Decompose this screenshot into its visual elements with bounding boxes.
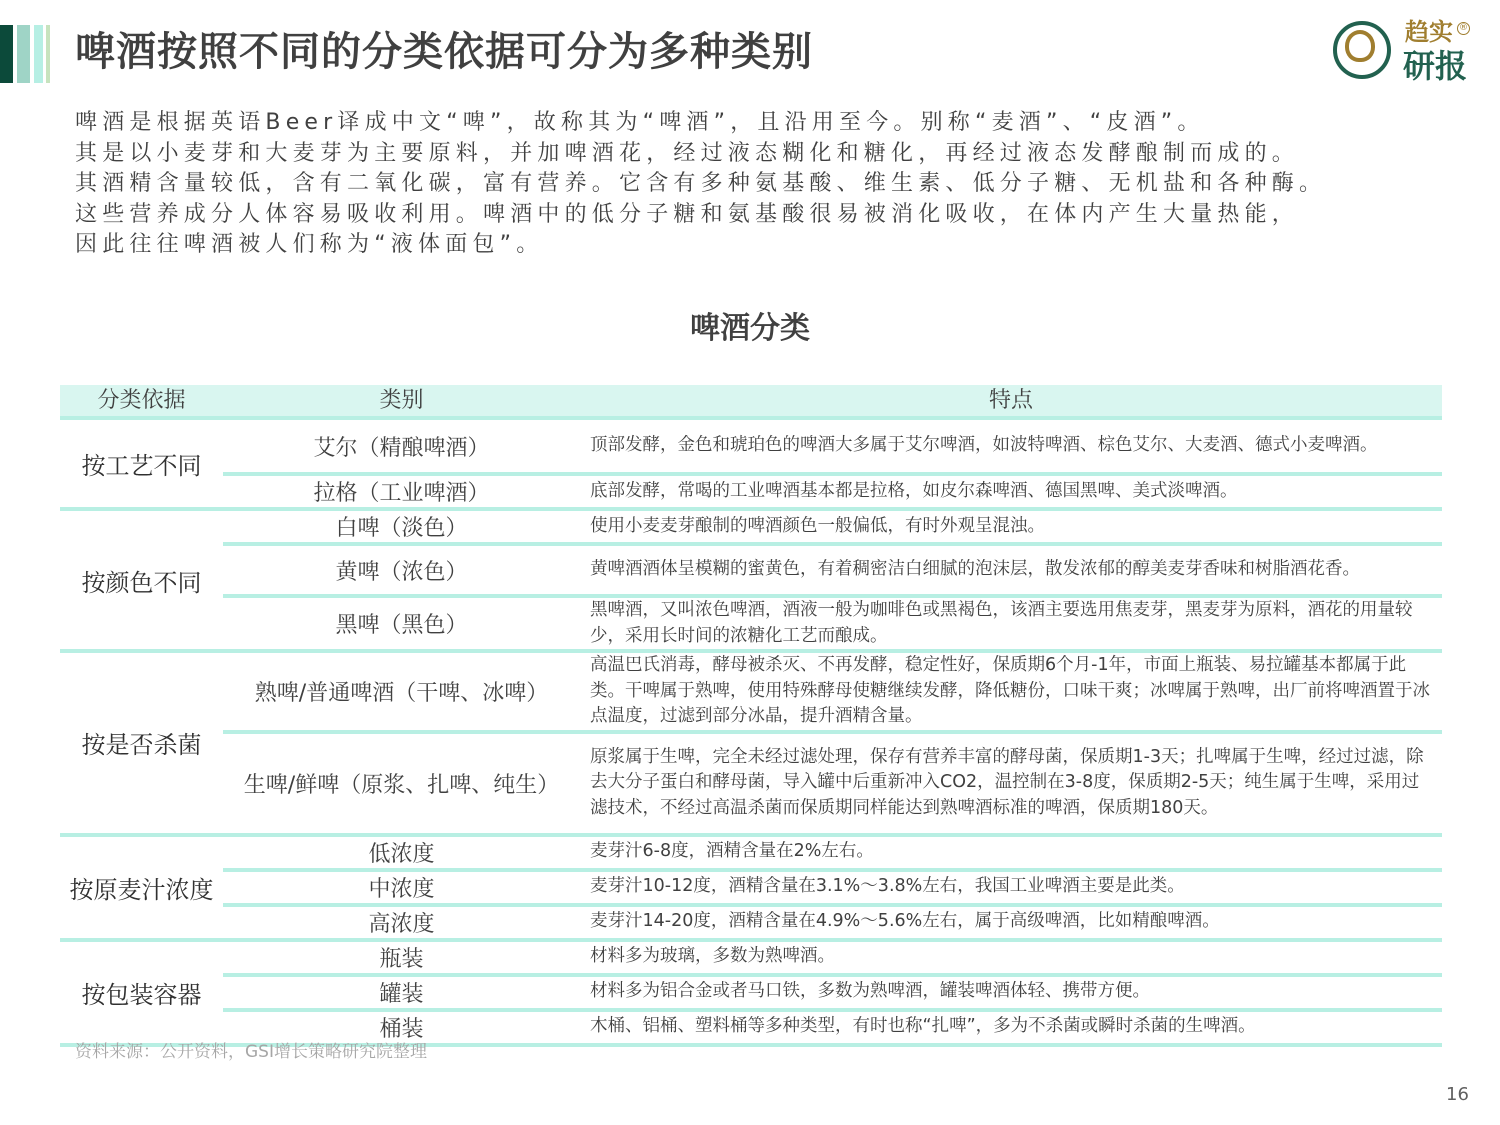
title-accent-bar-light (34, 25, 43, 83)
table-row: 按工艺不同 艾尔（精酿啤酒） 顶部发酵，金色和琥珀色的啤酒大多属于艾尔啤酒，如波… (60, 418, 1442, 474)
logo-top-text: 趋实 (1405, 18, 1453, 46)
category-cell: 拉格（工业啤酒） (223, 474, 580, 509)
features-cell: 木桶、铝桶、塑料桶等多种类型，有时也称“扎啤”，多为不杀菌或瞬时杀菌的生啤酒。 (580, 1010, 1442, 1045)
table-row: 按原麦汁浓度 低浓度 麦芽汁6-8度，酒精含量在2%左右。 (60, 835, 1442, 870)
group-basis-packaging: 按包装容器 (60, 940, 223, 1045)
group-basis-wort-concentration: 按原麦汁浓度 (60, 835, 223, 940)
category-cell: 高浓度 (223, 905, 580, 940)
logo-q-icon (1345, 30, 1375, 62)
title-accent-bar-thin (46, 25, 50, 83)
beer-classification-table: 分类依据 类别 特点 按工艺不同 艾尔（精酿啤酒） 顶部发酵，金色和琥珀色的啤酒… (60, 385, 1442, 1047)
category-cell: 艾尔（精酿啤酒） (223, 418, 580, 474)
features-cell: 材料多为铝合金或者马口铁，多数为熟啤酒，罐装啤酒体轻、携带方便。 (580, 975, 1442, 1010)
category-cell: 熟啤/普通啤酒（干啤、冰啤） (223, 651, 580, 732)
features-cell: 黑啤酒，又叫浓色啤酒，酒液一般为咖啡色或黑褐色，该酒主要选用焦麦芽，黑麦芽为原料… (580, 596, 1442, 651)
features-cell: 麦芽汁14-20度，酒精含量在4.9%～5.6%左右，属于高级啤酒，比如精酿啤酒… (580, 905, 1442, 940)
column-header-category: 类别 (223, 385, 580, 418)
table-row: 罐装 材料多为铝合金或者马口铁，多数为熟啤酒，罐装啤酒体轻、携带方便。 (60, 975, 1442, 1010)
features-cell: 底部发酵，常喝的工业啤酒基本都是拉格，如皮尔森啤酒、德国黑啤、美式淡啤酒。 (580, 474, 1442, 509)
brand-logo: 趋实 ® 研报 (1330, 18, 1480, 88)
features-cell: 麦芽汁6-8度，酒精含量在2%左右。 (580, 835, 1442, 870)
table-row: 生啤/鲜啤（原浆、扎啤、纯生） 原浆属于生啤，完全未经过滤处理，保存有营养丰富的… (60, 732, 1442, 835)
category-cell: 低浓度 (223, 835, 580, 870)
features-cell: 顶部发酵，金色和琥珀色的啤酒大多属于艾尔啤酒，如波特啤酒、棕色艾尔、大麦酒、德式… (580, 418, 1442, 474)
page-title: 啤酒按照不同的分类依据可分为多种类别 (75, 24, 813, 80)
table-row: 按包装容器 瓶装 材料多为玻璃，多数为熟啤酒。 (60, 940, 1442, 975)
category-cell: 生啤/鲜啤（原浆、扎啤、纯生） (223, 732, 580, 835)
intro-line: 其酒精含量较低，含有二氧化碳，富有营养。它含有多种氨基酸、维生素、低分子糖、无机… (75, 169, 1455, 200)
features-cell: 黄啤酒酒体呈模糊的蜜黄色，有着稠密洁白细腻的泡沫层，散发浓郁的醇美麦芽香味和树脂… (580, 544, 1442, 596)
features-cell: 麦芽汁10-12度，酒精含量在3.1%～3.8%左右，我国工业啤酒主要是此类。 (580, 870, 1442, 905)
category-cell: 瓶装 (223, 940, 580, 975)
table-title: 啤酒分类 (0, 303, 1500, 347)
table-row: 黑啤（黑色） 黑啤酒，又叫浓色啤酒，酒液一般为咖啡色或黑褐色，该酒主要选用焦麦芽… (60, 596, 1442, 651)
features-cell: 材料多为玻璃，多数为熟啤酒。 (580, 940, 1442, 975)
category-cell: 中浓度 (223, 870, 580, 905)
group-basis-sterilization: 按是否杀菌 (60, 651, 223, 835)
table-row: 按是否杀菌 熟啤/普通啤酒（干啤、冰啤） 高温巴氏消毒，酵母被杀灭、不再发酵，稳… (60, 651, 1442, 732)
title-accent-bar-dark (0, 25, 13, 83)
table-row: 拉格（工业啤酒） 底部发酵，常喝的工业啤酒基本都是拉格，如皮尔森啤酒、德国黑啤、… (60, 474, 1442, 509)
table-row: 中浓度 麦芽汁10-12度，酒精含量在3.1%～3.8%左右，我国工业啤酒主要是… (60, 870, 1442, 905)
table-header-row: 分类依据 类别 特点 (60, 385, 1442, 418)
title-accent-bar-mid (17, 25, 30, 83)
source-note: 资料来源：公开资料，GSI增长策略研究院整理 (75, 1037, 427, 1062)
intro-line: 啤酒是根据英语Beer译成中文“啤”，故称其为“啤酒”，且沿用至今。别称“麦酒”… (75, 108, 1455, 139)
group-basis-color: 按颜色不同 (60, 509, 223, 651)
table-row: 黄啤（浓色） 黄啤酒酒体呈模糊的蜜黄色，有着稠密洁白细腻的泡沫层，散发浓郁的醇美… (60, 544, 1442, 596)
category-cell: 黑啤（黑色） (223, 596, 580, 651)
intro-line: 因此往往啤酒被人们称为“液体面包”。 (75, 230, 1455, 261)
logo-bottom-text: 研报 (1403, 48, 1467, 84)
category-cell: 黄啤（浓色） (223, 544, 580, 596)
registered-mark-icon: ® (1457, 22, 1470, 35)
intro-paragraph: 啤酒是根据英语Beer译成中文“啤”，故称其为“啤酒”，且沿用至今。别称“麦酒”… (75, 108, 1455, 261)
features-cell: 原浆属于生啤，完全未经过滤处理，保存有营养丰富的酵母菌，保质期1-3天；扎啤属于… (580, 732, 1442, 835)
group-basis-process: 按工艺不同 (60, 418, 223, 509)
column-header-features: 特点 (580, 385, 1442, 418)
table-row: 高浓度 麦芽汁14-20度，酒精含量在4.9%～5.6%左右，属于高级啤酒，比如… (60, 905, 1442, 940)
category-cell: 罐装 (223, 975, 580, 1010)
category-cell: 白啤（淡色） (223, 509, 580, 544)
page-number: 16 (1446, 1084, 1469, 1105)
features-cell: 高温巴氏消毒，酵母被杀灭、不再发酵，稳定性好，保质期6个月-1年，市面上瓶装、易… (580, 651, 1442, 732)
table-row: 按颜色不同 白啤（淡色） 使用小麦麦芽酿制的啤酒颜色一般偏低，有时外观呈混浊。 (60, 509, 1442, 544)
intro-line: 这些营养成分人体容易吸收利用。啤酒中的低分子糖和氨基酸很易被消化吸收，在体内产生… (75, 200, 1455, 231)
intro-line: 其是以小麦芽和大麦芽为主要原料，并加啤酒花，经过液态糊化和糖化，再经过液态发酵酿… (75, 139, 1455, 170)
column-header-basis: 分类依据 (60, 385, 223, 418)
features-cell: 使用小麦麦芽酿制的啤酒颜色一般偏低，有时外观呈混浊。 (580, 509, 1442, 544)
